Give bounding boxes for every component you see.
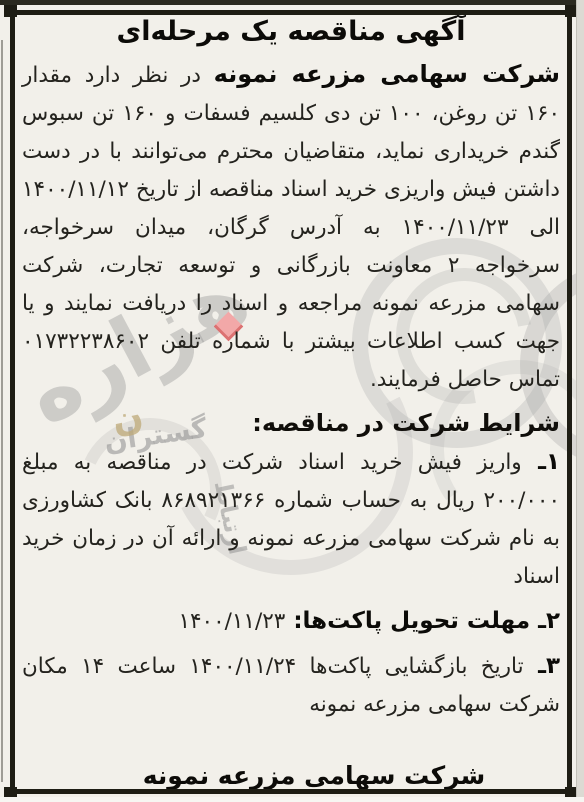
ad-frame [10,10,572,794]
scan-bottom-edge [0,797,584,802]
scan-left-edge [1,40,3,782]
newspaper-ad-page: هزاره گستران ارتباط ن آگهی مناقصه یک مرح… [0,0,584,802]
scan-right-edge [576,0,584,802]
frame-corner-ornament [4,4,17,17]
newspaper-column-rule [0,0,584,5]
